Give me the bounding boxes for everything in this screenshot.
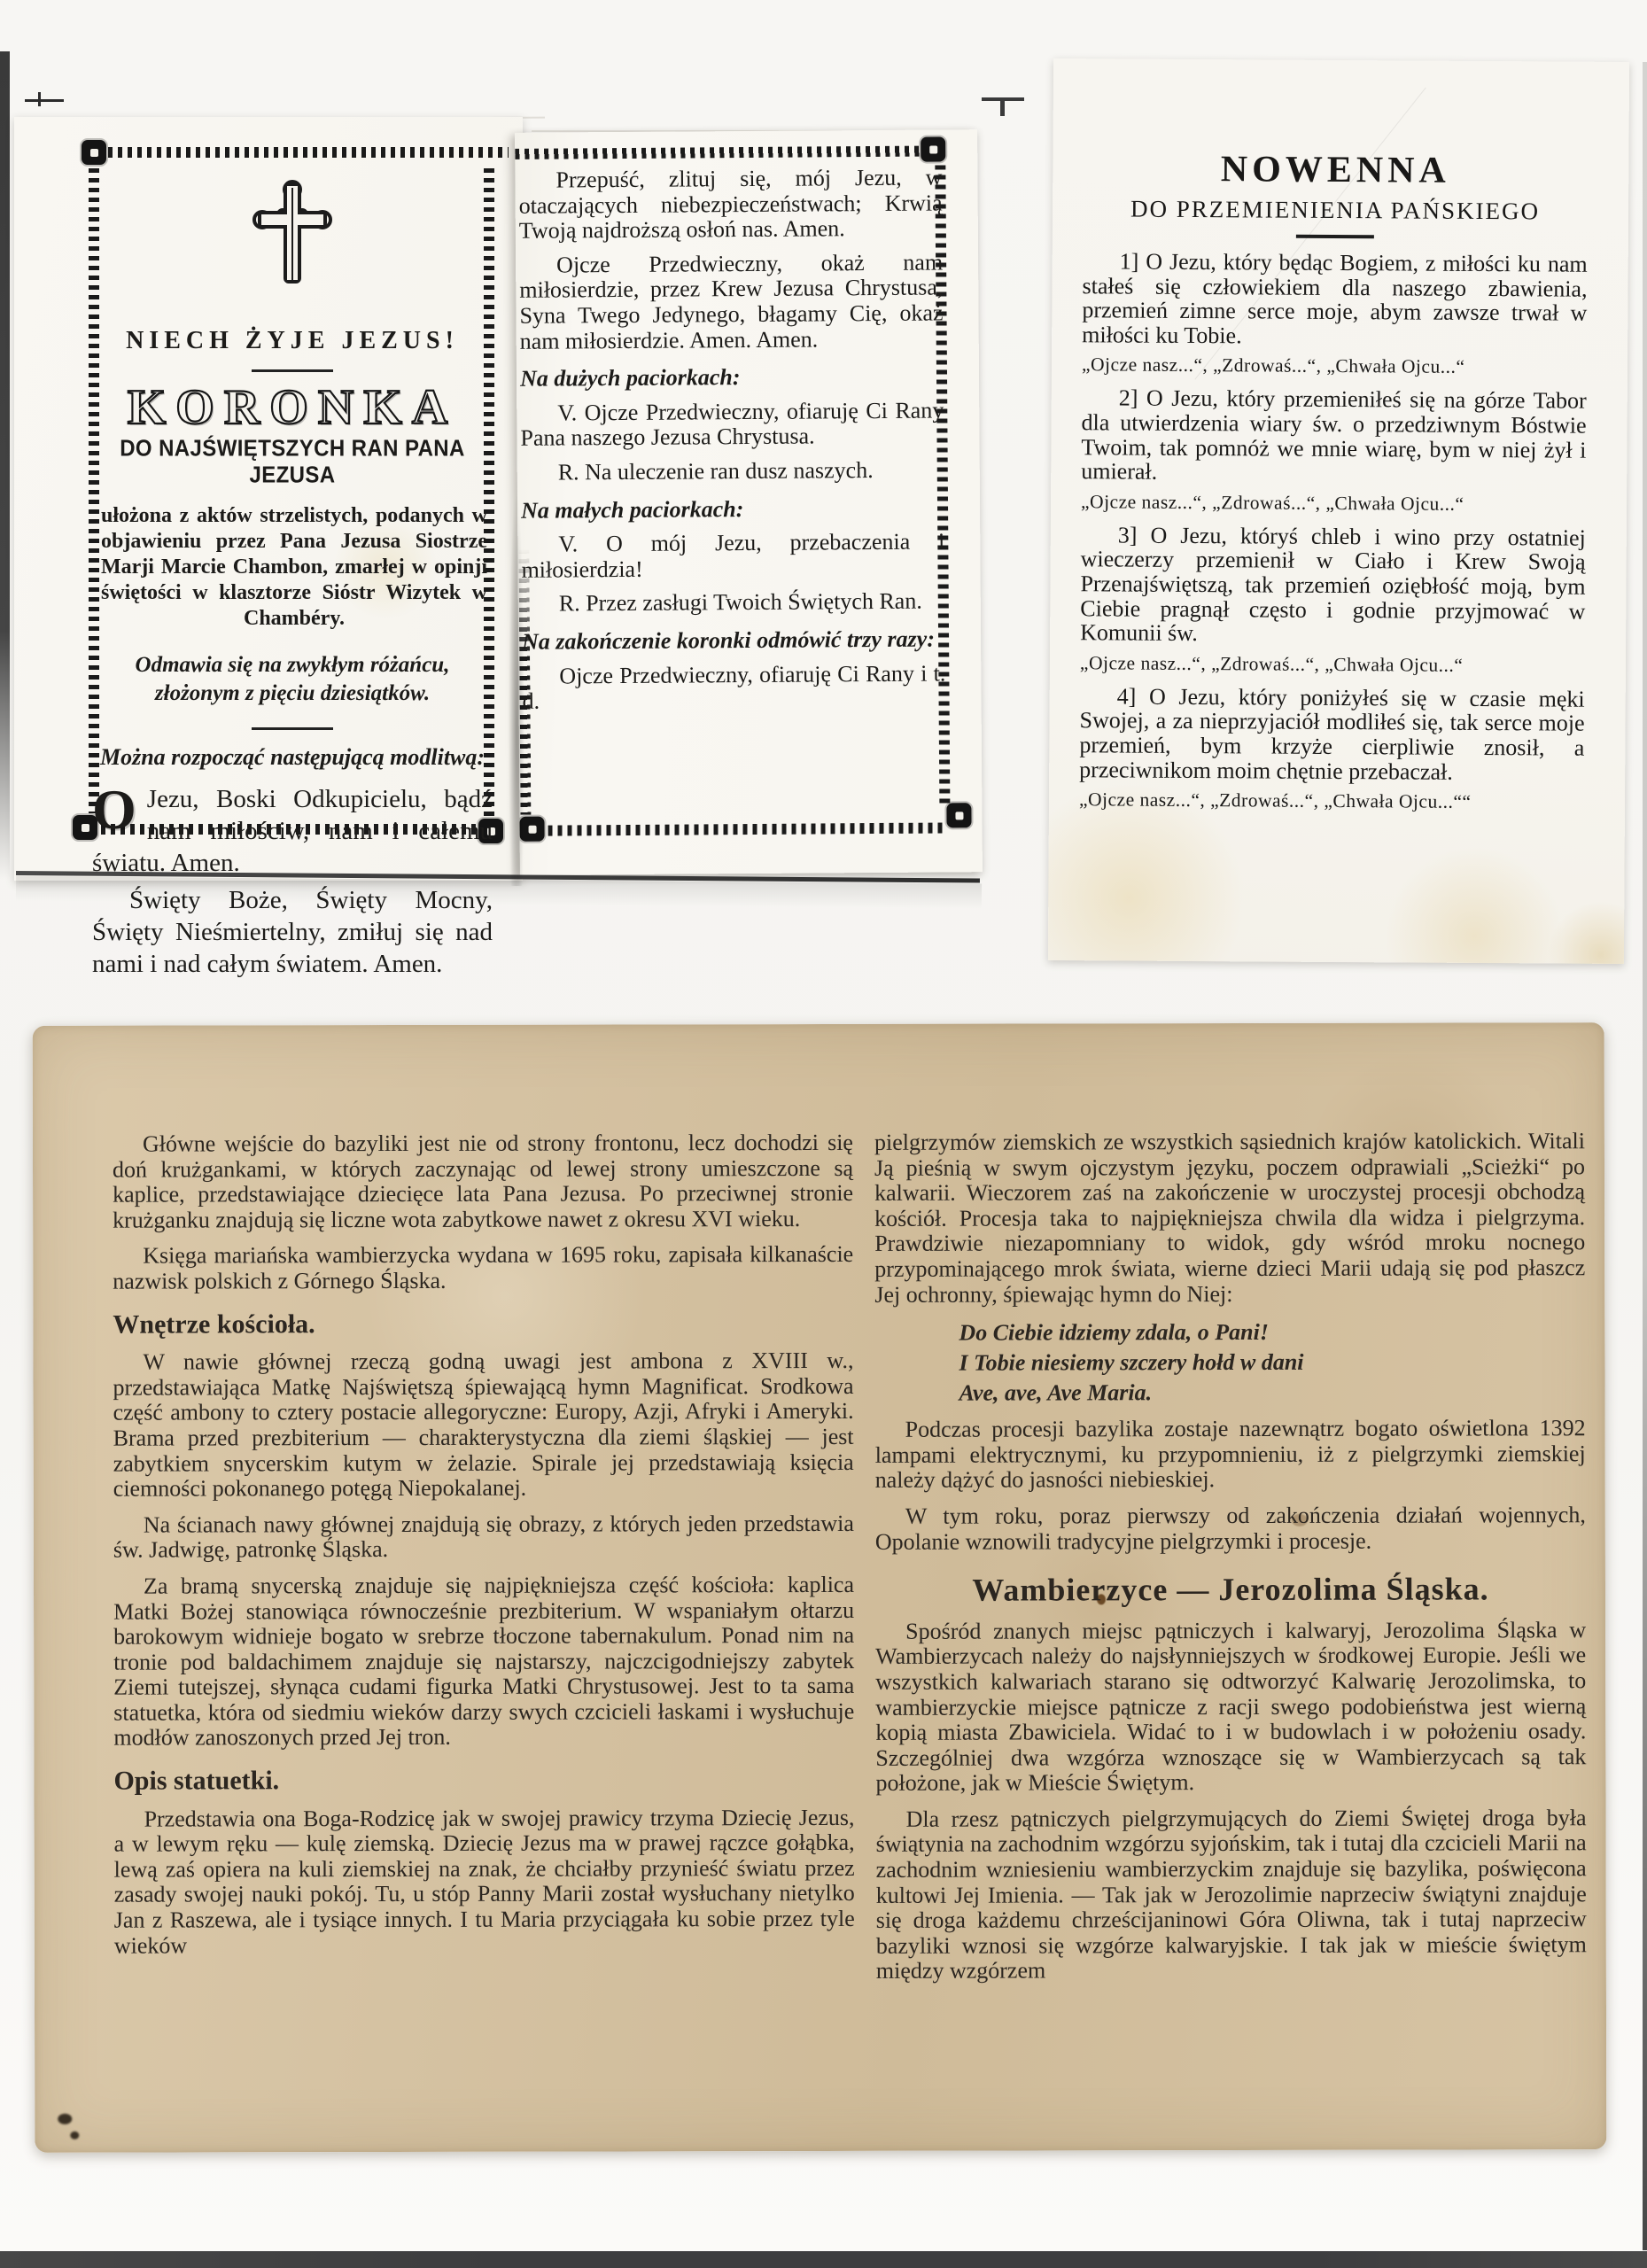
hymn-line: Do Ciebie idziemy zdala, o Pani! [959,1317,1585,1348]
opening-prayer-text: Jezu, Boski Odkupicielu, bądź nam miłośc… [92,785,493,877]
dropcap-initial: O [92,787,136,833]
closing-heading: Na zakończenie koronki odmówić trzy razy… [522,626,945,655]
card-motto: NIECH ŻYJE JEZUS! [92,327,493,355]
booklet-left-column: Główne wejście do bazyliki jest nie od s… [113,1130,855,1969]
body-paragraph: W nawie głównej rzeczą godną uwagi jest … [113,1348,853,1502]
petition-paragraph: 2] O Jezu, który przemieniłeś się na gór… [1081,386,1587,487]
petition-paragraph: 4] O Jezu, który poniżyłeś się w czasie … [1079,684,1585,785]
divider-rule [1296,235,1374,239]
scanner-edge-right [1643,62,1647,2250]
petition-refrain: „Ojcze nasz...“, „Zdrowaś...“, „Chwała O… [1082,354,1587,378]
petition-paragraph: 1] O Jezu, który będąc Bogiem, z miłości… [1082,249,1588,350]
cross-icon [92,177,493,291]
koronka-card-content: NIECH ŻYJE JEZUS! KORONKA DO NAJŚWIĘTSZY… [92,149,493,980]
body-paragraph: Księga mariańska wambierzycka wydana w 1… [113,1242,853,1294]
body-paragraph: Podczas procesji bazylika zostaje nazewn… [875,1416,1586,1493]
opening-prayer: OJezu, Boski Odkupicielu, bądź nam miłoś… [92,783,493,879]
prayer-paragraph: Przepuść, zlituj się, mój Jezu, w otacza… [518,165,943,244]
divider-rule [252,727,333,730]
koronka-prayer-card: NIECH ŻYJE JEZUS! KORONKA DO NAJŚWIĘTSZY… [14,117,523,881]
body-paragraph: W tym roku, poraz pierwszy od zakończeni… [875,1503,1586,1555]
body-paragraph: Za bramą snycerską znajduje się najpiękn… [113,1573,854,1751]
booklet-page: Główne wejście do bazyliki jest nie od s… [33,1022,1607,2153]
small-beads-heading: Na małych paciorkach: [521,495,944,524]
nowenna-prayer-card: NOWENNA DO PRZEMIENIENIA PAŃSKIEGO 1] O … [1048,58,1629,964]
begin-rubric: Można rozpocząć następującą modlitwą: [92,744,493,771]
body-paragraph: Na ścianach nawy głównej znajdują się ob… [113,1511,854,1564]
scanned-prayer-cards-page: NIECH ŻYJE JEZUS! KORONKA DO NAJŚWIĘTSZY… [0,0,1647,2268]
scanner-bottom-bar [0,2251,1647,2268]
dashed-border-bottom [548,822,945,835]
hymn-line: I Tobie niesiemy szczery hołd w dani [959,1347,1585,1378]
fold-gutter-shadow [509,496,524,886]
dashed-border-top [515,146,924,159]
nowenna-subtitle: DO PRZEMIENIENIA PAŃSKIEGO [1083,195,1588,225]
koronka-prayer-card-page2: Przepuść, zlituj się, mój Jezu, w otacza… [515,129,983,875]
card-subtitle: DO NAJŚWIĘTSZYCH RAN PANA JEZUSA [92,436,493,489]
scanner-edge-left [0,51,10,880]
hymn-line: Ave, ave, Ave Maria. [959,1377,1586,1408]
petition-paragraph: 3] O Jezu, któryś chleb i wino przy osta… [1080,523,1586,648]
card-title: KORONKA [92,379,493,436]
petition-refrain: „Ojcze nasz...“, „Zdrowaś...“, „Chwała O… [1081,491,1586,515]
body-paragraph: Główne wejście do bazyliki jest nie od s… [113,1130,853,1233]
body-paragraph: Spośród znanych miejsc pątniczych i kalw… [875,1618,1586,1797]
versicle: V. O mój Jezu, przebaczenia i miłosierdz… [521,530,944,584]
petition-refrain: „Ojcze nasz...“, „Zdrowaś...“, „Chwała O… [1079,788,1584,812]
corner-ornament-icon [946,803,971,827]
nowenna-card-content: NOWENNA DO PRZEMIENIENIA PAŃSKIEGO 1] O … [1079,147,1589,824]
versicle: V. Ojcze Przedwieczny, ofiaruję Ci Rany … [520,398,944,452]
rosary-rubric: Odmawia się na zwykłym różańcu, złożonym… [92,651,493,708]
prayer-paragraph: Ojcze Przedwieczny, okaż nam miłosierdzi… [519,250,944,354]
section-heading-interior: Wnętrze kościoła. [113,1310,853,1337]
registration-mark-icon [38,92,41,106]
corner-ornament-icon [921,136,945,161]
body-paragraph: Przedstawia ona Boga-Rodzicę jak w swoje… [114,1806,855,1959]
closing-prayer: Ojcze Przedwieczny, ofiaruję Ci Rany i t… [522,661,945,715]
large-beads-heading: Na dużych paciorkach: [520,364,944,392]
section-heading-wambierzyce: Wambierzyce — Jerozolima Śląska. [875,1576,1586,1603]
divider-rule [252,369,333,372]
crop-mark-icon [1000,100,1005,116]
card-intro-text: ułożona z aktów strzelistych, podanych w… [101,503,487,632]
booklet-right-column: pielgrzymów ziemskich ze wszystkich sąsi… [874,1129,1587,1995]
ink-smudge [58,2114,72,2124]
body-paragraph: Dla rzesz pątniczych pielgrzymujących do… [876,1806,1587,1984]
nowenna-title: NOWENNA [1083,147,1588,192]
hymn-verse: Do Ciebie idziemy zdala, o Pani! I Tobie… [959,1317,1585,1408]
response: R. Przez zasługi Twoich Świętych Ran. [522,589,945,617]
koronka-page2-content: Przepuść, zlituj się, mój Jezu, w otacza… [518,165,945,723]
body-paragraph: pielgrzymów ziemskich ze wszystkich sąsi… [874,1129,1585,1308]
ink-smudge [70,2132,79,2140]
registration-mark-icon [25,99,64,102]
petition-refrain: „Ojcze nasz...“, „Zdrowaś...“, „Chwała O… [1080,652,1585,676]
response: R. Na uleczenie ran dusz naszych. [521,457,944,485]
section-heading-statue: Opis statuetki. [113,1767,854,1794]
